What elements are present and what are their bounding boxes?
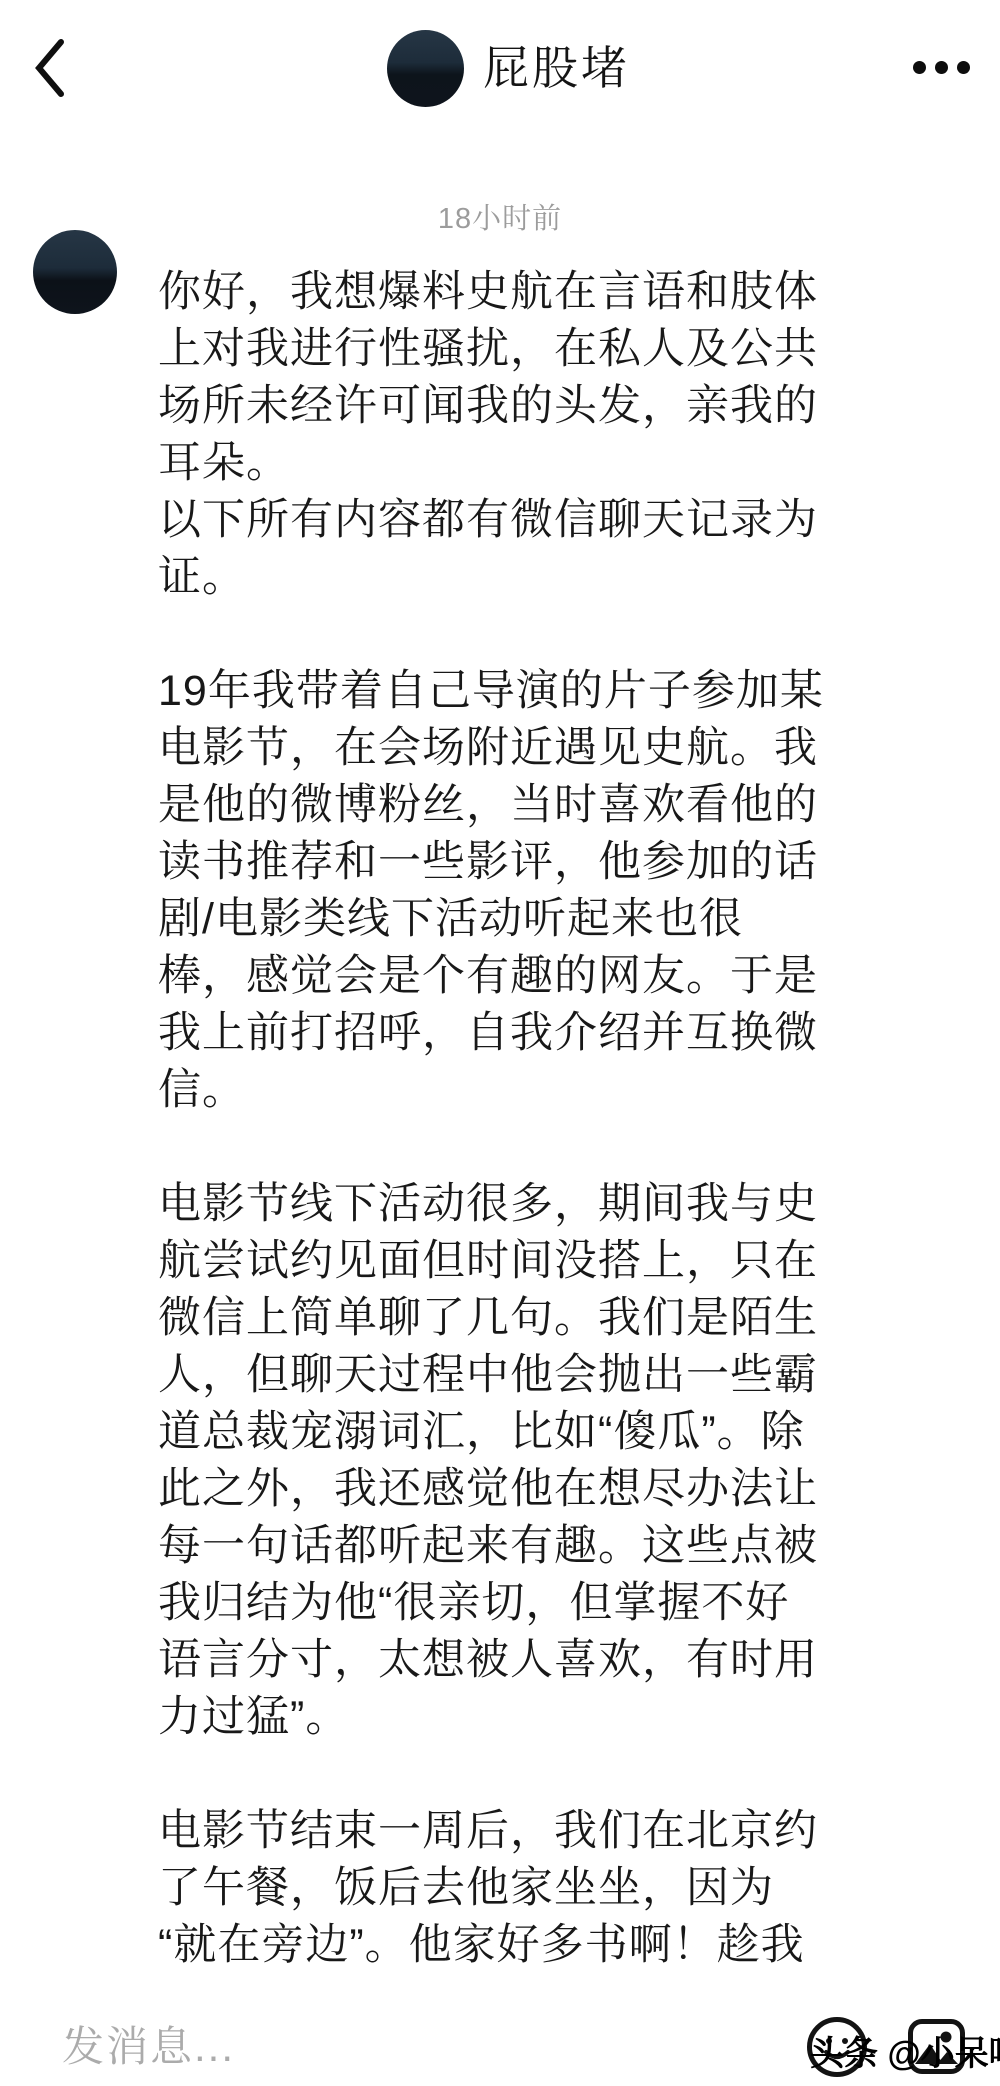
message-line: 是他的微博粉丝，当时喜欢看他的: [158, 777, 868, 834]
ellipsis-icon: [957, 61, 970, 74]
message-line: 证。: [158, 549, 868, 606]
page-title: 屁股堵: [483, 42, 630, 94]
header-avatar[interactable]: [387, 30, 464, 107]
message-line: 你好，我想爆料史航在言语和肢体: [158, 264, 868, 321]
back-button[interactable]: [33, 38, 67, 98]
message-line: 道总裁宠溺词汇，比如“傻瓜”。除: [158, 1404, 868, 1461]
message-line: 场所未经许可闻我的头发，亲我的: [158, 378, 868, 435]
message-line: 此之外，我还感觉他在想尽办法让: [158, 1461, 868, 1518]
message-line: 棒，感觉会是个有趣的网友。于是: [158, 948, 868, 1005]
chevron-left-icon: [33, 38, 67, 98]
message-line: 剧/电影类线下活动听起来也很: [158, 891, 868, 948]
message-line: 19年我带着自己导演的片子参加某: [158, 663, 868, 720]
message-line: 上对我进行性骚扰，在私人及公共: [158, 321, 868, 378]
message-line: 我归结为他“很亲切，但掌握不好: [158, 1575, 868, 1632]
ellipsis-icon: [935, 61, 948, 74]
message-line: 我上前打招呼，自我介绍并互换微: [158, 1005, 868, 1062]
message-line: 了午餐，饭后去他家坐坐，因为: [158, 1860, 868, 1917]
message-line: 电影节结束一周后，我们在北京约: [158, 1803, 868, 1860]
more-button[interactable]: [913, 61, 970, 74]
message-line: 力过猛”。: [158, 1689, 868, 1746]
message-line: [158, 1119, 868, 1176]
message-line: 以下所有内容都有微信聊天记录为: [158, 492, 868, 549]
header: 屁股堵: [0, 0, 1000, 130]
message-line: [158, 1746, 868, 1803]
message-line: 信。: [158, 1062, 868, 1119]
watermark: 头条 @小呆哈: [810, 2026, 1000, 2075]
message-input[interactable]: 发消息...: [62, 2014, 235, 2074]
timestamp: 18小时前: [0, 196, 1000, 237]
message-line: [158, 606, 868, 663]
message-line: 电影节线下活动很多，期间我与史: [158, 1176, 868, 1233]
message-line: 耳朵。: [158, 435, 868, 492]
message-line: 每一句话都听起来有趣。这些点被: [158, 1518, 868, 1575]
message-text: 你好，我想爆料史航在言语和肢体上对我进行性骚扰，在私人及公共场所未经许可闻我的头…: [158, 264, 868, 1974]
message-line: 语言分寸，太想被人喜欢，有时用: [158, 1632, 868, 1689]
composer-bar: 发消息... 头条 @小呆哈: [0, 2000, 1000, 2086]
message-line: 电影节，在会场附近遇见史航。我: [158, 720, 868, 777]
message-line: 微信上简单聊了几句。我们是陌生: [158, 1290, 868, 1347]
message-line: “就在旁边”。他家好多书啊！趁我: [158, 1917, 868, 1974]
message-line: 人，但聊天过程中他会抛出一些霸: [158, 1347, 868, 1404]
message-avatar[interactable]: [33, 230, 117, 314]
message-line: 航尝试约见面但时间没搭上，只在: [158, 1233, 868, 1290]
message-line: 读书推荐和一些影评，他参加的话: [158, 834, 868, 891]
chat-screen: 屁股堵 18小时前 你好，我想爆料史航在言语和肢体上对我进行性骚扰，在私人及公共…: [0, 0, 1000, 2086]
ellipsis-icon: [913, 61, 926, 74]
